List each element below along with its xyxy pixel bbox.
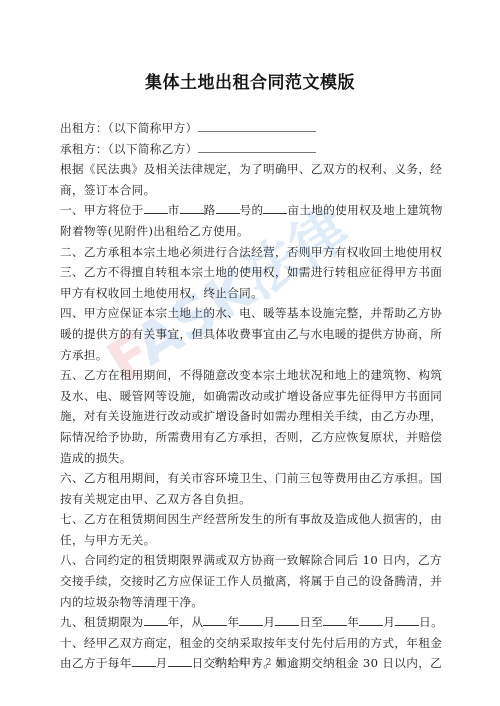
clause-5-line-3: 施，对有关设施进行改动或扩增设备时如需办理相关手续，由乙方办理，甲方根据实 <box>60 406 442 427</box>
clause-9-text: 日。 <box>419 615 442 629</box>
clause-6-line-1: 六、乙方租用期间，有关市容环境卫生、门前三包等费用由乙方承担。国家行政收费， <box>60 468 442 489</box>
clause-5-line-5: 造成的损失。 <box>60 448 442 469</box>
end-year-blank <box>323 613 347 626</box>
end-month-blank <box>359 613 383 626</box>
clause-9-text: 月 <box>263 615 275 629</box>
clause-9-text: 日至 <box>299 615 323 629</box>
clause-2: 二、乙方承租本宗土地必须进行合法经营，否则甲方有权收回土地使用权，终止合同。 <box>60 242 442 263</box>
clause-3-line-1: 三、乙方不得擅自转租本宗土地的使用权，如需进行转租应征得甲方书面同意，否则 <box>60 262 442 283</box>
start-day-blank <box>275 613 299 626</box>
lessor-line: 出租方：（以下简称甲方） <box>60 118 442 139</box>
clause-1-line-2: 附着物等(见附件)出租给乙方使用。 <box>60 221 442 242</box>
clause-5-line-1: 五、乙方在租用期间，不得随意改变本宗土地状况和地上的建筑物、构筑物、附着物 <box>60 365 442 386</box>
clause-9-text: 年 <box>227 615 239 629</box>
clause-1-text: 市 <box>168 203 180 217</box>
page-number-footer: 第 1 页 共 2 页 <box>0 655 500 668</box>
area-blank <box>263 201 287 214</box>
clause-8-line-2: 交接手续，交接时乙方应保证工作人员撤离，将属于自己的设备腾清，并将租赁范围 <box>60 571 442 592</box>
preamble-line-1: 根据《民法典》及相关法律规定，为了明确甲、乙双方的权利、义务，经双方平等协 <box>60 159 442 180</box>
road-blank <box>180 201 204 214</box>
number-blank <box>216 201 240 214</box>
term-years-blank <box>144 613 168 626</box>
clause-8-line-3: 内的垃圾杂物等清理干净。 <box>60 592 442 613</box>
clause-4-line-1: 四、甲方应保证本宗土地上的水、电、暖等基本设施完整，并帮助乙方协调同水、电、 <box>60 303 442 324</box>
lessee-label: 承租方：（以下简称乙方） <box>60 142 198 156</box>
clause-9-text: 年 <box>347 615 359 629</box>
document-body: 出租方：（以下简称甲方） 承租方：（以下简称乙方） 根据《民法典》及相关法律规定… <box>60 118 442 674</box>
clause-6-line-2: 按有关规定由甲、乙双方各自负担。 <box>60 489 442 510</box>
clause-7-line-1: 七、乙方在租赁期间因生产经营所发生的所有事故及造成他人损害的，由乙方承担责 <box>60 509 442 530</box>
clause-8-line-1: 八、合同约定的租赁期限界满或双方协商一致解除合同后 10 日内，乙方应向甲方办理 <box>60 550 442 571</box>
lessor-name-blank <box>198 119 316 132</box>
clause-4-line-3: 方承担。 <box>60 345 442 366</box>
clause-9-text: 年，从 <box>168 615 204 629</box>
clause-9-text: 月 <box>383 615 395 629</box>
clause-1-text: 一、甲方将位于 <box>60 203 144 217</box>
end-day-blank <box>395 613 419 626</box>
clause-3-line-2: 甲方有权收回土地使用权，终止合同。 <box>60 283 442 304</box>
lessee-name-blank <box>198 140 316 153</box>
clause-1-line-1: 一、甲方将位于市路号的亩土地的使用权及地上建筑物、构筑物、 <box>60 200 442 221</box>
clause-9: 九、租赁期限为年，从年月日至年月日。 <box>60 612 442 633</box>
clause-10-text: 十、经甲乙双方商定，租金的交纳采取按年支付先付后用的方式，年租金为 <box>60 636 442 650</box>
start-year-blank <box>203 613 227 626</box>
clause-7-line-2: 任，与甲方无关。 <box>60 530 442 551</box>
clause-1-text: 路 <box>204 203 216 217</box>
clause-5-line-2: 及水、电、暖管网等设施，如确需改动或扩增设备应事先征得甲方书面同意后方可实 <box>60 386 442 407</box>
lessee-line: 承租方：（以下简称乙方） <box>60 139 442 160</box>
clause-4-line-2: 暖的提供方的有关事宜，但具体收费事宜由乙与水电暖的提供方协商，所有费用由乙 <box>60 324 442 345</box>
document-title: 集体土地出租合同范文模版 <box>0 68 500 93</box>
clause-1-text: 号的 <box>240 203 264 217</box>
clause-5-line-4: 际情况给予协助，所需费用有乙方承担，否则，乙方应恢复原状，并赔偿由此给甲方 <box>60 427 442 448</box>
document-page: FASK法律 集体土地出租合同范文模版 出租方：（以下简称甲方） 承租方：（以下… <box>0 0 500 706</box>
preamble-line-2: 商，签订本合同。 <box>60 180 442 201</box>
clause-1-text: 亩土地的使用权及地上建筑物、构筑物、 <box>287 203 442 217</box>
city-blank <box>144 201 168 214</box>
start-month-blank <box>239 613 263 626</box>
clause-9-text: 九、租赁期限为 <box>60 615 144 629</box>
clause-10-line-1: 十、经甲乙双方商定，租金的交纳采取按年支付先付后用的方式，年租金为元， <box>60 633 442 654</box>
lessor-label: 出租方：（以下简称甲方） <box>60 121 198 135</box>
